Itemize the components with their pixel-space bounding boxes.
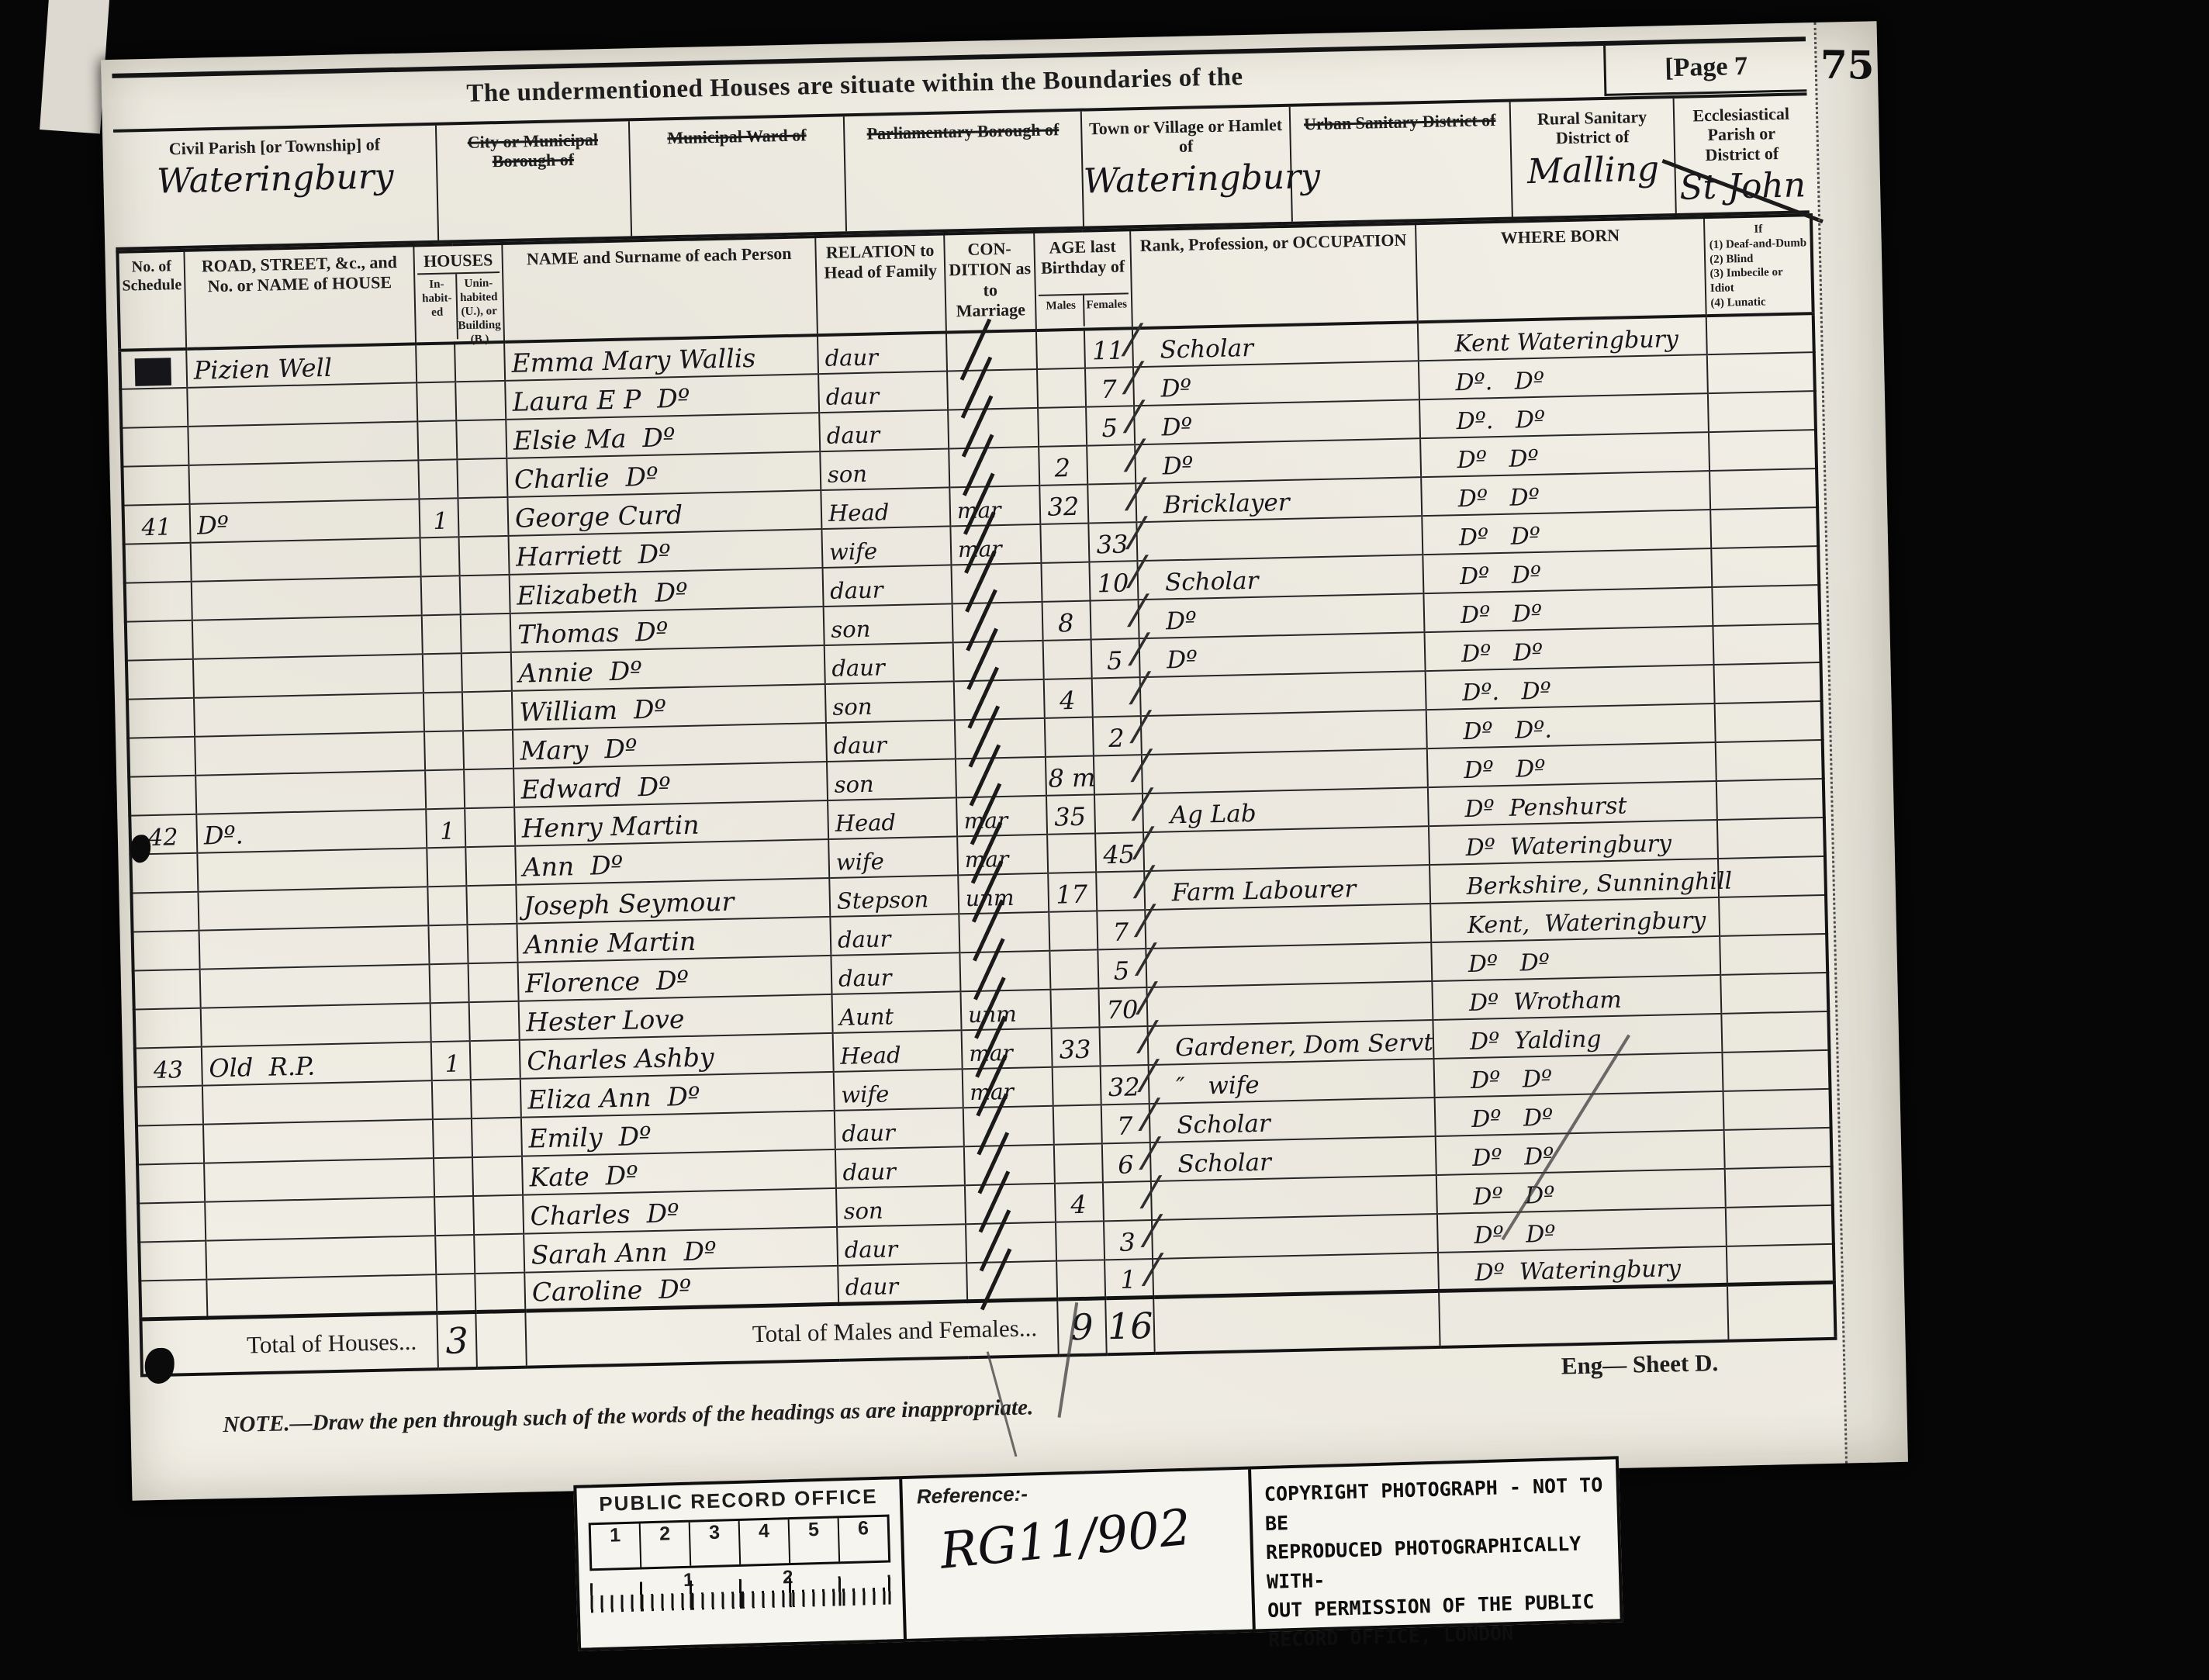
cell-relation: Head [828,797,957,839]
cell-relation: daur [818,332,947,374]
cell-relation: daur [823,565,952,607]
disability-line: (4) Lunatic [1710,294,1809,311]
cell-where_born: Dº Dº [1423,548,1712,593]
age-females-label: Females [1083,294,1129,326]
cell-condition: mar [957,835,1048,876]
cell-where_born: Dº Dº. [1426,703,1716,748]
cell-occupation [1146,981,1433,1026]
cell-age_f: 32 [1101,1065,1149,1104]
cell-disab [1723,1089,1831,1130]
cell-name: Florence Dº [518,956,832,1001]
cell-occupation: Dº [1139,593,1425,638]
district-municipal-borough: City or Municipal Borough of [435,121,631,240]
cell-disab [1721,1011,1829,1053]
cell-inhabited: 1 [431,1041,471,1080]
cell-age_f [1094,755,1143,794]
cell-name: Annie Dº [511,645,825,691]
cell-road [206,1274,437,1318]
cell-where_born: Kent Wateringbury [1418,316,1707,361]
census-table: No. of Schedule ROAD, STREET, &c., and N… [116,213,1837,1377]
cell-age_f [1096,871,1145,911]
cell-inhabited [423,653,462,693]
cell-age_m [1045,717,1094,756]
cell-disab [1714,662,1822,703]
cell-condition [947,369,1038,410]
cell-where_born: Dº Dº [1436,1169,1726,1214]
cell-where_born: Dº. Dº [1426,665,1715,710]
cell-occupation: ″ wife [1149,1059,1435,1104]
cell-where_born: Dº Dº [1427,742,1716,787]
total-females-value: 16 [1105,1298,1155,1354]
cell-condition [956,757,1046,798]
total-males-females-label: Total of Males and Females... [525,1299,1058,1367]
cell-condition [951,563,1042,604]
district-label: City or Municipal Borough of [437,127,629,172]
scale-number: 6 [838,1517,889,1562]
col-relation: RELATION to Head of Family [815,234,946,335]
cell-condition [948,408,1039,449]
cell-uninhab [466,885,517,925]
cell-relation: daur [819,410,949,451]
cell-condition: mar [956,796,1047,837]
cell-inhabited [425,769,465,809]
cell-where_born: Dº Dº [1420,432,1709,477]
cell-road [199,925,430,969]
cell-age_m [1037,368,1086,407]
cell-condition [953,641,1044,682]
reference-value: RG11/902 [938,1495,1238,1581]
cell-occupation: Scholar [1149,1098,1436,1142]
cell-uninhab [456,420,506,459]
cell-inhabited [418,459,458,499]
cell-occupation: Dº [1139,632,1426,677]
col-schedule: No. of Schedule [117,251,186,351]
cell-uninhab [468,963,519,1002]
cell-occupation [1141,710,1427,755]
cell-age_m [1041,562,1090,601]
cell-age_m [1040,523,1089,562]
cell-name: Emily Dº [521,1111,835,1156]
cell-where_born: Kent, Wateringbury [1430,897,1720,942]
district-rural-sanitary: Rural Sanitary District of Malling [1509,99,1675,217]
cell-name: Thomas Dº [510,607,824,652]
district-label: Town or Village or Hamlet of [1082,113,1290,158]
cell-age_f: 2 [1093,716,1142,755]
cell-age_f [1092,677,1141,717]
cell-relation: son [825,681,955,723]
cell-road [201,1003,431,1046]
cell-where_born: Dº Dº [1421,471,1710,516]
cell-condition: mar [962,1028,1053,1070]
cell-uninhab [455,342,505,382]
cell-inhabited [424,731,464,770]
cell-schedule [125,582,192,622]
col-age: AGE last Birthday of Males Females [1034,230,1132,330]
houses-uninhabited-label: Unin-habited (U.), or Building (B.) [455,273,501,339]
cell-schedule: 43 [135,1046,202,1087]
cell-inhabited [430,1002,470,1042]
cell-age_m: 32 [1039,484,1088,524]
cell-disab [1716,779,1824,820]
district-label: Civil Parish [or Township] of [113,132,435,160]
cell-disab [1716,740,1824,781]
cell-age_m [1047,833,1096,873]
cell-condition [965,1183,1056,1224]
cell-disab [1722,1050,1830,1091]
cell-uninhab [459,536,510,576]
cell-relation: daur [835,1108,964,1149]
cell-road [188,421,418,465]
cell-age_f: 5 [1086,406,1135,445]
scale-number: 3 [689,1521,740,1566]
cell-occupation [1136,516,1423,561]
cell-road [192,576,422,620]
cell-road [206,1236,436,1279]
cell-relation: daur [837,1224,966,1266]
age-label: AGE last Birthday of [1037,236,1128,282]
district-municipal-ward: Municipal Ward of [628,116,846,236]
cell-uninhab [463,730,513,769]
cell-age_f: 70 [1098,987,1147,1027]
footnote: NOTE.—Draw the pen through such of the w… [223,1395,1033,1438]
cell-where_born: Dº. Dº [1419,354,1708,399]
cell-inhabited [421,576,461,615]
cell-uninhab [469,1001,520,1041]
col-road: ROAD, STREET, &c., and No. or NAME of HO… [184,245,416,348]
cell-uninhab [457,458,507,498]
cell-age_m [1043,639,1092,679]
cell-schedule [137,1163,205,1203]
cell-inhabited [427,886,467,925]
page-number-box: [Page 7 [1603,41,1806,96]
cell-uninhab [471,1078,521,1118]
disability-line: (3) Imbecile or Idiot [1709,264,1809,296]
cell-road [197,848,427,891]
cell-relation: Head [833,1030,963,1072]
cell-occupation: Bricklayer [1136,477,1422,522]
cell-road [203,1119,434,1163]
cell-age_f [1087,444,1136,484]
district-town-village: Town or Village or Hamlet of Wateringbur… [1080,107,1291,226]
page-content: The undermentioned Houses are situate wi… [112,36,1836,1470]
district-value: Wateringbury [114,156,437,202]
cell-name: Kate Dº [522,1149,836,1195]
cell-relation: son [820,448,949,490]
cell-inhabited [435,1235,475,1274]
cell-age_f: 45 [1095,832,1144,872]
stamp-office-name: PUBLIC RECORD OFFICE [588,1485,890,1517]
cell-disab [1711,546,1819,587]
cell-relation: Stepson [829,875,959,917]
cell-road [191,538,421,581]
cell-inhabited [428,925,468,964]
cell-name: Eliza Ann Dº [520,1072,835,1118]
stamp-reference-section: Reference:- RG11/902 [902,1469,1256,1638]
cell-where_born: Dº Wrotham [1432,975,1721,1020]
cell-condition: mar [963,1067,1053,1108]
cell-occupation: Scholar [1137,555,1423,600]
cell-name: Edward Dº [513,762,828,807]
cell-condition: mar [950,524,1041,565]
cell-relation: daur [838,1263,967,1305]
cell-inhabited [433,1118,472,1158]
cell-uninhab [472,1156,523,1195]
cell-disab [1713,624,1820,665]
census-page: The undermentioned Houses are situate wi… [101,21,1908,1501]
cell-condition [966,1222,1056,1263]
cell-name: Charlie Dº [506,451,821,497]
cell-disab [1707,352,1815,393]
cell-inhabited [423,692,463,731]
total-houses-label: Total of Houses... [140,1313,437,1375]
cell-where_born: Dº Dº [1422,510,1711,555]
district-ecclesiastical-parish: Ecclesiastical Parish or District of St … [1673,95,1810,213]
cell-age_f [1094,793,1143,833]
cell-relation: wife [834,1069,963,1111]
cell-occupation [1153,1253,1439,1298]
cell-disab [1708,391,1816,432]
copyright-line: COPYRIGHT PHOTOGRAPH - NOT TO BE [1264,1471,1605,1538]
cell-disab [1720,934,1827,975]
cell-uninhab [474,1233,524,1273]
cell-condition [952,602,1043,643]
cell-condition [964,1145,1055,1186]
district-label: Urban Sanitary District of [1291,109,1509,134]
cell-name: Charles Dº [523,1188,837,1234]
cell-age_m [1056,1221,1104,1260]
cell-uninhab [464,769,514,808]
cell-occupation: Farm Labourer [1144,865,1430,910]
scale-number: 5 [788,1518,839,1563]
cell-age_f: 7 [1101,1104,1150,1143]
cell-where_born: Dº Dº [1425,626,1714,671]
cell-inhabited [416,343,455,382]
cell-schedule [140,1279,207,1319]
cell-road [194,693,424,736]
col-disability: If (1) Deaf-and-Dumb (2) Blind (3) Imbec… [1704,215,1813,316]
cell-road [187,382,417,426]
frame-number: 75 [1817,42,1878,88]
cell-where_born: Dº Dº [1431,936,1720,981]
cell-name: Joseph Seymour [516,878,830,924]
col-occupation: Rank, Profession, or OCCUPATION [1130,223,1418,328]
cell-occupation: Scholar [1150,1136,1436,1181]
cell-age_f: 33 [1088,522,1137,562]
cell-name: Caroline Dº [524,1266,838,1312]
cell-disab [1719,895,1827,936]
cell-name: Hester Love [519,994,833,1040]
cell-condition: mar [949,486,1040,527]
cell-inhabited [434,1196,474,1236]
cell-schedule: 41 [123,504,191,544]
cell-condition [959,912,1049,953]
cell-disab [1720,973,1828,1014]
houses-label: HOUSES [417,250,500,275]
cell-disab [1712,585,1820,626]
cell-schedule [127,698,195,738]
cell-name: Sarah Ann Dº [524,1227,838,1273]
district-value [437,171,629,175]
cell-schedule [131,891,199,932]
sheet-label: Eng— Sheet D. [1561,1349,1718,1380]
cell-schedule [126,620,193,661]
col-name: NAME and Surname of each Person [502,237,818,342]
cell-occupation: Scholar [1132,322,1419,367]
cell-occupation [1151,1175,1437,1220]
cell-age_f [1087,483,1136,523]
cell-road [202,1080,433,1124]
stamp-copyright-section: COPYRIGHT PHOTOGRAPH - NOT TO BE REPRODU… [1251,1459,1620,1629]
cell-where_born: Berkshire, Sunninghill [1429,859,1719,904]
cell-schedule [133,930,200,970]
cell-occupation [1142,748,1428,793]
cell-road [195,731,425,775]
cell-age_f: 6 [1102,1142,1151,1182]
stamp-scale-ruler: 1 2 3 4 5 6 [589,1515,891,1571]
cell-occupation: Dº [1133,361,1419,406]
cell-age_f: 5 [1091,638,1140,678]
cell-road [188,460,419,503]
cell-occupation: Gardener, Dom Servt [1148,1020,1434,1065]
district-value: Malling [1512,149,1675,192]
district-label: Rural Sanitary District of [1510,105,1674,149]
district-label: Ecclesiastical Parish or District of [1675,102,1808,165]
cell-schedule [134,1008,202,1048]
cell-age_m [1054,1143,1103,1183]
cell-age_m: 35 [1046,794,1095,834]
stamp-ruler-section: PUBLIC RECORD OFFICE 1 2 3 4 5 6 1 2 [576,1479,907,1648]
houses-inhabited-label: In-habit-ed [417,275,457,340]
col-houses: HOUSES In-habit-ed Unin-habited (U.), or… [413,244,504,344]
cell-uninhab [473,1194,524,1234]
cell-where_born: Dº Dº [1437,1208,1727,1253]
cell-age_m: 33 [1052,1027,1101,1066]
cell-disab [1727,1244,1834,1285]
cell-relation: son [836,1185,966,1227]
cell-name: Mary Dº [513,723,827,769]
cell-condition [949,447,1039,488]
cell-where_born: Dº Wateringbury [1429,820,1718,865]
cell-disab [1709,468,1817,510]
copyright-line: REPRODUCED PHOTOGRAPHICALLY WITH- [1266,1529,1607,1596]
cell-road: Pizien Well [186,344,417,387]
cell-relation: daur [830,914,959,956]
cell-age_m [1050,988,1099,1028]
cell-relation: daur [818,371,948,413]
cell-condition [963,1106,1054,1147]
cell-disab [1706,313,1814,354]
cell-occupation: Dº [1134,399,1420,444]
cell-road: Old R.P. [202,1042,432,1085]
cell-where_born: Dº Dº [1436,1130,1725,1175]
cell-inhabited [434,1157,473,1197]
cell-road [193,654,423,697]
scale-number: 1 [591,1524,641,1569]
cell-uninhab [462,691,513,731]
cell-relation: daur [824,642,954,684]
cell-condition [959,951,1050,992]
district-label: Parliamentary Borough of [845,118,1080,144]
cell-condition [946,330,1037,372]
age-males-label: Males [1039,295,1084,327]
cell-schedule [120,388,188,428]
cell-age_m: 4 [1055,1182,1104,1222]
cell-age_f [1091,600,1139,639]
cell-name: George Curd [507,490,821,536]
cell-uninhab [475,1272,525,1312]
cell-age_m: 4 [1044,678,1093,717]
cell-age_m: 2 [1039,445,1087,485]
cell-schedule [139,1240,206,1281]
cell-age_m [1049,949,1098,989]
cell-road [192,615,423,659]
district-value: Wateringbury [1083,157,1291,201]
scale-number: 4 [738,1519,790,1564]
cell-age_f: 10 [1089,561,1138,600]
cell-road: Dº. [196,809,427,852]
cell-age_m [1036,329,1085,368]
cell-schedule [138,1201,206,1242]
cell-uninhab [470,1040,520,1080]
cell-where_born: Dº Dº [1434,1053,1723,1098]
cell-relation: daur [831,952,960,994]
cell-disab [1710,507,1818,548]
cell-condition [955,718,1046,759]
cell-disab [1718,856,1826,897]
cell-occupation [1145,904,1431,949]
film-frame: The undermentioned Houses are situate wi… [0,0,2209,1680]
cell-age_f: 11 [1084,328,1133,368]
cell-condition [966,1260,1057,1301]
cell-schedule [128,737,195,777]
cell-disab [1709,430,1817,471]
cell-name: Annie Martin [517,917,831,963]
cell-occupation [1140,671,1426,716]
cell-inhabited [417,382,456,421]
cell-inhabited [432,1080,472,1119]
cell-uninhab [460,575,510,614]
cell-relation: daur [826,720,956,762]
district-value: St John [1679,165,1806,208]
cell-inhabited [420,537,460,576]
scale-number: 2 [639,1523,690,1568]
cell-age_m: 8 [1042,600,1091,640]
cell-occupation [1143,826,1429,871]
cell-occupation: Dº [1135,438,1421,483]
stamp-inch-ruler: 1 2 [590,1567,892,1613]
cell-condition [954,679,1045,721]
cell-name: Charles Ashby [520,1033,834,1079]
cell-uninhab [465,846,516,886]
cell-where_born: Dº Penshurst [1428,781,1717,826]
cell-schedule [121,427,188,467]
cell-age_m [1049,911,1098,950]
district-urban-sanitary: Urban Sanitary District of [1288,102,1511,222]
cell-schedule [136,1085,203,1125]
district-parliamentary-borough: Parliamentary Borough of [843,112,1083,232]
cell-occupation [1146,942,1432,987]
cell-uninhab [462,652,512,692]
cell-name: Ann Dº [515,839,829,885]
cell-road [200,964,430,1008]
district-label: Municipal Ward of [630,123,844,148]
cell-uninhab [465,807,515,847]
cell-where_born: Dº. Dº [1419,393,1709,438]
cell-relation: son [827,759,956,800]
cell-age_f: 3 [1104,1220,1153,1260]
cell-age_f: 7 [1085,367,1134,406]
cell-disab [1724,1128,1832,1169]
